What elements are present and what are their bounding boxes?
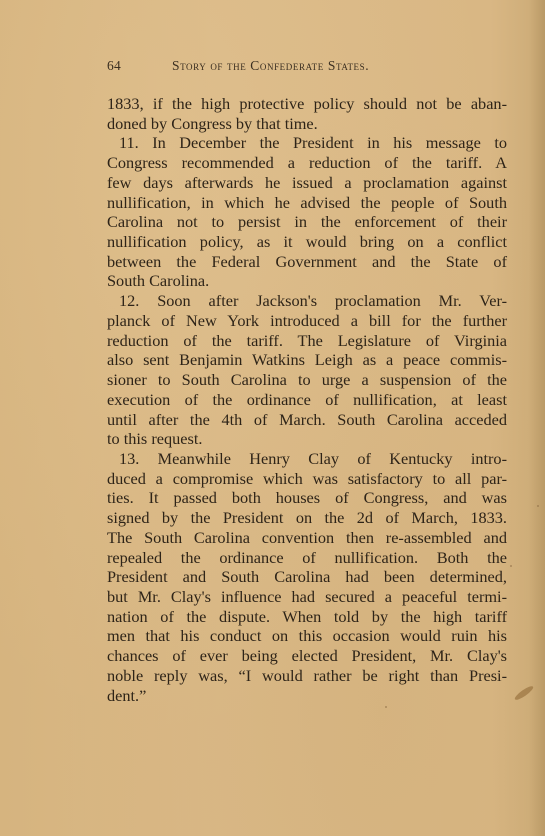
text-line: 1833, if the high protective policy shou… <box>107 94 507 114</box>
text-line: planck of New York introduced a bill for… <box>107 311 507 331</box>
text-line: Carolina not to persist in the enforceme… <box>107 212 507 232</box>
text-line: 11. In December the President in his mes… <box>107 133 507 153</box>
running-title: Story of the Confederate States. <box>172 58 369 74</box>
text-line: noble reply was, “I would rather be righ… <box>107 666 507 686</box>
text-line: 12. Soon after Jackson's proclamation Mr… <box>107 291 507 311</box>
text-line: chances of ever being elected President,… <box>107 646 507 666</box>
running-head: 64 Story of the Confederate States. <box>107 58 507 76</box>
text-line: until after the 4th of March. South Caro… <box>107 410 507 430</box>
text-line: execution of the ordinance of nullificat… <box>107 390 507 410</box>
paper-speck <box>510 565 512 567</box>
paper-speck <box>385 706 387 708</box>
text-line: nullification, in which he advised the p… <box>107 193 507 213</box>
text-line: doned by Congress by that time. <box>107 114 507 134</box>
text-line: few days afterwards he issued a proclama… <box>107 173 507 193</box>
text-line: South Carolina. <box>107 271 507 291</box>
text-line: 13. Meanwhile Henry Clay of Kentucky int… <box>107 449 507 469</box>
text-line: repealed the ordinance of nullification.… <box>107 548 507 568</box>
text-line: to this request. <box>107 429 507 449</box>
text-line: duced a compromise which was satisfactor… <box>107 469 507 489</box>
paper-smudge <box>513 684 534 702</box>
text-line: The South Carolina convention then re-as… <box>107 528 507 548</box>
paper-speck <box>537 505 539 507</box>
text-line: between the Federal Government and the S… <box>107 252 507 272</box>
book-page: 64 Story of the Confederate States. 1833… <box>0 0 545 836</box>
text-line: President and South Carolina had been de… <box>107 567 507 587</box>
text-line: signed by the President on the 2d of Mar… <box>107 508 507 528</box>
text-line: nation of the dispute. When told by the … <box>107 607 507 627</box>
text-line: also sent Benjamin Watkins Leigh as a pe… <box>107 350 507 370</box>
text-line: Congress recommended a reduction of the … <box>107 153 507 173</box>
text-line: sioner to South Carolina to urge a suspe… <box>107 370 507 390</box>
text-line: dent.” <box>107 686 507 706</box>
page-number: 64 <box>107 58 121 74</box>
text-line: reduction of the tariff. The Legislature… <box>107 331 507 351</box>
text-line: men that his conduct on this occasion wo… <box>107 626 507 646</box>
text-line: but Mr. Clay's influence had secured a p… <box>107 587 507 607</box>
body-text: 1833, if the high protective policy shou… <box>107 94 507 705</box>
text-line: ties. It passed both houses of Congress,… <box>107 488 507 508</box>
text-line: nullification policy, as it would bring … <box>107 232 507 252</box>
